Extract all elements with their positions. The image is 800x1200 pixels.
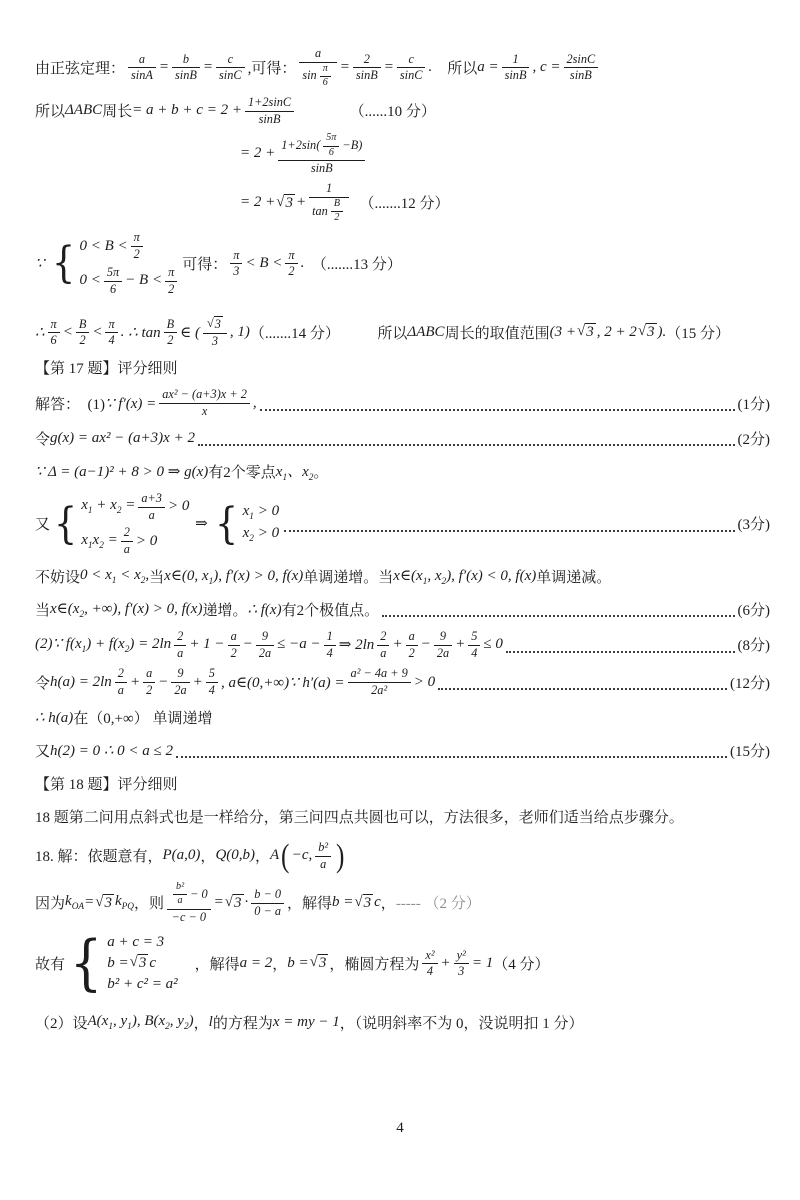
math-run: , bbox=[253, 395, 257, 412]
math-run: 2 bbox=[364, 52, 370, 67]
dot-leader bbox=[506, 649, 735, 653]
fraction: π2 bbox=[285, 248, 297, 280]
page-number: 4 bbox=[0, 1120, 800, 1137]
text-run: 又 bbox=[35, 513, 50, 534]
math-run: 4 bbox=[327, 646, 333, 661]
text-run: （4 分） bbox=[493, 953, 549, 974]
q18-header: 【第 18 题】评分细则 bbox=[35, 770, 770, 797]
math-run: sinB bbox=[259, 112, 281, 127]
math-run: a bbox=[315, 46, 321, 61]
text-run: 所以 bbox=[35, 100, 65, 121]
math-run: ≤ 0 bbox=[483, 636, 502, 653]
fraction-numerator: 1 bbox=[502, 52, 530, 69]
sqrt: √3 bbox=[225, 894, 244, 912]
fraction-denominator: 2a² bbox=[348, 683, 411, 698]
fraction: π2 bbox=[131, 230, 143, 262]
fraction-numerator: π bbox=[320, 63, 331, 77]
math-run: −c − 0 bbox=[172, 910, 206, 925]
math-run: − B < bbox=[125, 272, 162, 289]
math-run: + bbox=[392, 636, 402, 653]
fraction-numerator: 1 bbox=[309, 181, 349, 198]
fraction: π3 bbox=[230, 248, 242, 280]
fraction-numerator: B bbox=[164, 317, 178, 334]
fraction-denominator: 0 − a bbox=[251, 904, 284, 919]
fraction: a2 bbox=[143, 666, 155, 698]
math-run: x bbox=[202, 404, 207, 419]
math-run: 3 bbox=[586, 324, 594, 341]
math-run: 3 bbox=[233, 264, 239, 279]
fraction-numerator: y² bbox=[454, 948, 469, 965]
math-run: 9 bbox=[440, 629, 446, 644]
fraction: π6 bbox=[320, 63, 331, 89]
math-run: Q(0,b) bbox=[215, 847, 255, 864]
math-run: x1 > 0 bbox=[243, 503, 279, 522]
fraction-denominator: x bbox=[159, 404, 250, 419]
text-run: 解答： (1) bbox=[35, 393, 105, 414]
text-run: (8分) bbox=[738, 634, 771, 655]
fraction-numerator: b² bbox=[173, 881, 187, 895]
cases-row: x1 > 0 bbox=[243, 503, 279, 522]
math-run: 2a² bbox=[371, 683, 387, 698]
cases-group: {a + c = 3b =√3cb² + c² = a² bbox=[67, 934, 178, 992]
fraction-numerator: 1 bbox=[324, 629, 336, 646]
fraction-denominator: sinB bbox=[564, 68, 599, 83]
math-run: 5π bbox=[326, 132, 336, 144]
sqrt: √3 bbox=[207, 316, 223, 331]
fraction: a2 bbox=[406, 629, 418, 661]
math-run: 2 bbox=[334, 212, 339, 224]
fraction-numerator: a bbox=[128, 52, 156, 69]
big-paren: ( bbox=[281, 843, 289, 868]
fraction-denominator: a bbox=[121, 542, 133, 557]
text-run: ，（说明斜率不为 0，没说明扣 1 分） bbox=[340, 1012, 584, 1033]
fraction: b²a bbox=[315, 840, 331, 872]
fraction: 5π6 bbox=[323, 132, 339, 158]
cases-row: x1x2 =2a> 0 bbox=[81, 525, 157, 557]
math-run: 6 bbox=[110, 282, 116, 297]
math-run: = 2 + bbox=[240, 145, 275, 162]
fraction-denominator: 6 bbox=[323, 147, 339, 159]
math-run: 2 bbox=[177, 629, 183, 644]
math-run: = 2 + bbox=[240, 194, 275, 211]
fraction-denominator: sinB bbox=[172, 68, 200, 83]
fraction-denominator: 2 bbox=[285, 264, 297, 279]
text-run: 有2个极值点。 bbox=[282, 599, 380, 620]
math-run: P(a,0) bbox=[163, 847, 201, 864]
math-run: a + c = 3 bbox=[107, 934, 164, 951]
fraction-numerator: 2sinC bbox=[564, 52, 599, 69]
fraction-numerator: ax² − (a+3)x + 2 bbox=[159, 387, 250, 404]
sqrt: √3 bbox=[95, 894, 114, 912]
math-run: b² bbox=[318, 840, 328, 855]
text-run: 单调递增。当 bbox=[303, 566, 393, 587]
q17-conclusion-15pts: 又h(2) = 0 ∴ 0 < a ≤ 2(15分) bbox=[35, 737, 770, 764]
math-run: 3 bbox=[319, 955, 327, 972]
math-run: a bbox=[124, 542, 130, 557]
math-run: 6 bbox=[323, 77, 328, 89]
cases-group: {0 < B <π20 <5π6− B <π2 bbox=[50, 230, 180, 296]
fraction-denominator: −c − 0 bbox=[167, 910, 211, 925]
fraction-denominator: 2 bbox=[331, 212, 343, 224]
math-run: ∵ Δ = (a−1)² + 8 > 0 ⇒ g(x) bbox=[35, 462, 208, 481]
radicand: 3 bbox=[214, 316, 223, 331]
fraction-denominator: 2a bbox=[256, 646, 274, 661]
math-run: x1 + x2 = bbox=[81, 497, 135, 516]
math-run: 1 bbox=[512, 52, 518, 67]
fraction-denominator: sinB bbox=[278, 161, 365, 176]
math-run: π bbox=[233, 248, 239, 263]
fraction-denominator: a bbox=[173, 895, 187, 907]
q17-monotonic-1: 不妨设0 < x1 < x2,当x∈(0, x1), f′(x) > 0, f(… bbox=[35, 563, 770, 590]
math-run: = 1 bbox=[472, 955, 493, 972]
math-run: (3 + bbox=[550, 324, 576, 341]
math-run: , 1) bbox=[230, 324, 250, 341]
q18-part2-line: （2）设A(x1, y1), B(x2, y2)，l的方程为x = my − 1… bbox=[35, 1009, 770, 1036]
fraction: 2a bbox=[377, 629, 389, 661]
fraction-numerator: a² − 4a + 9 bbox=[348, 666, 411, 683]
math-run: 2 bbox=[146, 683, 152, 698]
text-run: 当 bbox=[35, 599, 50, 620]
math-run: x2 > 0 bbox=[243, 525, 279, 544]
math-run: x∈(x1, x2), f′(x) < 0, f(x) bbox=[393, 566, 536, 587]
math-run: −c, bbox=[292, 847, 313, 864]
math-run: + bbox=[455, 636, 465, 653]
math-run: 2 bbox=[380, 629, 386, 644]
math-run: a bbox=[177, 646, 183, 661]
text-run: 因为 bbox=[35, 892, 65, 913]
fraction-numerator: x² bbox=[422, 948, 437, 965]
cases-group: {x1 + x2 =a+3a> 0x1x2 =2a> 0 bbox=[52, 491, 189, 557]
math-run: ∴ bbox=[35, 323, 45, 342]
math-run: x∈(x2, +∞), f′(x) > 0, f(x) bbox=[50, 599, 202, 620]
fraction: csinC bbox=[397, 52, 426, 84]
fraction: √33 bbox=[203, 316, 227, 348]
text-run: （.......14 分） 所以 bbox=[250, 322, 408, 343]
range-conclusion-14-15pts: ∴π6<B2<π4. ∴ tanB2∈ (√33, 1)（.......14 分… bbox=[35, 316, 770, 348]
fraction-denominator: 4 bbox=[422, 964, 437, 979]
math-run: a bbox=[380, 646, 386, 661]
fraction-numerator: 9 bbox=[171, 666, 189, 683]
fraction: 2sinB bbox=[353, 52, 381, 84]
sqrt: √3 bbox=[577, 323, 596, 341]
math-run: 2 bbox=[288, 264, 294, 279]
math-run: ax² − (a+3)x + 2 bbox=[162, 387, 247, 402]
math-run: c bbox=[228, 52, 233, 67]
fraction-denominator: sinC bbox=[216, 68, 245, 83]
fraction-numerator: a bbox=[299, 46, 336, 63]
math-solution-document: 由正弦定理：asinA=bsinB=csinC,可得：asinπ6=2sinB=… bbox=[0, 0, 800, 1036]
dot-leader bbox=[284, 528, 734, 532]
fraction-numerator: π bbox=[105, 317, 117, 334]
math-run: b = bbox=[287, 955, 308, 972]
big-paren: ) bbox=[336, 843, 344, 868]
radical-sign: √ bbox=[638, 324, 646, 339]
math-run: ∴ h(a) bbox=[35, 708, 73, 727]
fraction-numerator: b − 0 bbox=[251, 887, 284, 904]
math-run: a bbox=[231, 629, 237, 644]
math-run: x1x2 = bbox=[81, 532, 118, 551]
math-run: 3 bbox=[215, 317, 221, 331]
text-run: (6分) bbox=[738, 599, 771, 620]
math-run: ). bbox=[658, 324, 667, 341]
cases-row: a + c = 3 bbox=[107, 934, 164, 951]
math-run: + bbox=[296, 194, 306, 211]
math-sub: kPQ bbox=[115, 893, 134, 912]
math-run: 1 bbox=[327, 629, 333, 644]
sqrt: √3 bbox=[130, 954, 149, 972]
math-run: = bbox=[214, 894, 224, 911]
math-run: + bbox=[441, 955, 451, 972]
math-run: π bbox=[51, 317, 57, 332]
sine-rule-derivation: 由正弦定理：asinA=bsinB=csinC,可得：asinπ6=2sinB=… bbox=[35, 46, 770, 89]
q17-monotonic-2-6pts: 当x∈(x2, +∞), f′(x) > 0, f(x)递增。∴ f(x)有2个… bbox=[35, 596, 770, 623]
math-run: − bbox=[158, 674, 168, 691]
left-brace: { bbox=[215, 506, 238, 542]
q17-header: 【第 17 题】评分细则 bbox=[35, 354, 770, 381]
text-run: 的方程为 bbox=[213, 1012, 273, 1033]
math-run: c bbox=[149, 955, 156, 972]
fraction-denominator: 2 bbox=[228, 646, 240, 661]
math-run: A bbox=[270, 847, 279, 864]
fraction-denominator: 2 bbox=[76, 333, 90, 348]
fraction: csinC bbox=[216, 52, 245, 84]
fraction: a² − 4a + 92a² bbox=[348, 666, 411, 698]
math-run: 3 bbox=[104, 895, 112, 912]
fraction-denominator: sinC bbox=[397, 68, 426, 83]
fraction-numerator: a bbox=[406, 629, 418, 646]
fraction: π6 bbox=[48, 317, 60, 349]
math-run: 4 bbox=[108, 333, 114, 348]
math-run: x∈(0, x1), f′(x) > 0, f(x) bbox=[164, 566, 303, 587]
math-run: a+3 bbox=[141, 491, 162, 506]
math-run: y² bbox=[457, 948, 466, 963]
text-run: 令 bbox=[35, 672, 50, 693]
radical-sign: √ bbox=[577, 324, 585, 339]
math-sub: kOA bbox=[65, 893, 84, 912]
math-run: 3 bbox=[458, 964, 464, 979]
fraction: b²a bbox=[173, 881, 187, 907]
math-run: b² bbox=[176, 881, 184, 893]
text-run: ， bbox=[381, 892, 396, 913]
text-run: ，解得 bbox=[180, 953, 240, 974]
cases-row: 0 < B <π2 bbox=[80, 230, 146, 262]
math-run: + bbox=[193, 674, 203, 691]
text-run: ， bbox=[200, 845, 215, 866]
text-run: ,可得： bbox=[248, 57, 297, 78]
fraction: 14 bbox=[324, 629, 336, 661]
math-run: b − 0 bbox=[254, 887, 281, 902]
math-run: 2 bbox=[168, 282, 174, 297]
math-run: , c = bbox=[532, 59, 560, 76]
fraction-numerator: π bbox=[230, 248, 242, 265]
text-run: (1分) bbox=[738, 393, 771, 414]
fraction-denominator: 3 bbox=[230, 264, 242, 279]
sqrt: √3 bbox=[276, 194, 295, 212]
text-run: (15分) bbox=[730, 740, 770, 761]
fraction-denominator: 6 bbox=[320, 77, 331, 89]
fraction-numerator: 5 bbox=[206, 666, 218, 683]
math-run: 2a bbox=[174, 683, 186, 698]
math-run: a bbox=[178, 895, 183, 907]
cases-group: {x1 > 0x2 > 0 bbox=[213, 503, 279, 544]
fraction-numerator: a bbox=[228, 629, 240, 646]
math-run: ΔABC bbox=[65, 102, 102, 119]
math-run: 5 bbox=[471, 629, 477, 644]
math-run: 2 bbox=[124, 525, 130, 540]
math-run: x = my − 1 bbox=[273, 1014, 340, 1031]
fraction-denominator: a bbox=[138, 508, 165, 523]
fraction: 2a bbox=[174, 629, 186, 661]
text-run: （.......13 分） bbox=[304, 253, 402, 274]
math-run: ∴ f(x) bbox=[247, 600, 281, 619]
radicand: 3 bbox=[585, 323, 596, 341]
cases-rows: a + c = 3b =√3cb² + c² = a² bbox=[107, 934, 177, 992]
math-run: 9 bbox=[177, 666, 183, 681]
text-run: 在（0,+∞） 单调递增 bbox=[73, 707, 212, 728]
fraction-numerator: π bbox=[165, 265, 177, 282]
math-run: 3 bbox=[285, 195, 293, 212]
text-run: (2分) bbox=[738, 428, 771, 449]
math-run: 2a bbox=[259, 646, 271, 661]
math-run: a bbox=[139, 52, 145, 67]
math-run: > 0 bbox=[414, 674, 435, 691]
math-run: ⇒ 2ln bbox=[339, 635, 375, 654]
math-run: π bbox=[168, 265, 174, 280]
math-run: b = bbox=[332, 894, 353, 911]
math-run: tan bbox=[312, 204, 328, 219]
math-run: = bbox=[84, 894, 94, 911]
math-run: a = 2 bbox=[240, 955, 273, 972]
fraction-numerator: B bbox=[76, 317, 90, 334]
math-run: a bbox=[118, 683, 124, 698]
math-run: b² + c² = a² bbox=[107, 976, 177, 993]
fraction-denominator: sinB bbox=[353, 68, 381, 83]
math-run: 1+2sin( bbox=[281, 138, 320, 153]
math-run: h(2) = 0 ∴ 0 < a ≤ 2 bbox=[50, 741, 173, 760]
fraction: x²4 bbox=[422, 948, 437, 980]
math-run: sinB bbox=[356, 68, 378, 83]
fraction-numerator: c bbox=[397, 52, 426, 69]
math-run: − bbox=[243, 636, 253, 653]
sqrt: √3 bbox=[638, 323, 657, 341]
math-run: ≤ −a − bbox=[277, 636, 320, 653]
math-run: , 2 + 2 bbox=[597, 324, 637, 341]
fraction-denominator: 4 bbox=[468, 646, 480, 661]
math-run: = a + b + c = 2 + bbox=[132, 102, 242, 119]
fraction-numerator: 5π bbox=[323, 132, 339, 146]
math-run: 2a bbox=[437, 646, 449, 661]
fraction-numerator: 2 bbox=[174, 629, 186, 646]
text-run: 【第 18 题】评分细则 bbox=[35, 773, 178, 794]
math-run: · bbox=[245, 894, 249, 911]
math-run: ∵ bbox=[35, 254, 48, 273]
fraction: 54 bbox=[468, 629, 480, 661]
radical-sign: √ bbox=[207, 317, 214, 329]
fraction-numerator: 2 bbox=[353, 52, 381, 69]
math-run: ⇒ bbox=[191, 514, 211, 533]
dot-leader bbox=[176, 754, 727, 758]
q17-ha-monotonic: ∴ h(a)在（0,+∞） 单调递增 bbox=[35, 704, 770, 731]
math-run: 4 bbox=[209, 683, 215, 698]
text-run: 。 bbox=[313, 461, 328, 482]
math-run: 3 bbox=[647, 324, 655, 341]
math-run: 0 − a bbox=[254, 904, 281, 919]
math-run: 0 < x1 < x2, bbox=[80, 567, 149, 586]
math-run: = bbox=[340, 59, 350, 76]
fraction: y²3 bbox=[454, 948, 469, 980]
math-run: (2)∵ f(x1) + f(x2) = 2ln bbox=[35, 634, 171, 655]
fraction: asinπ6 bbox=[299, 46, 336, 89]
text-run: 不妨设 bbox=[35, 566, 80, 587]
fraction-numerator: 5π bbox=[104, 265, 122, 282]
math-run: a² − 4a + 9 bbox=[351, 666, 408, 681]
text-run: 【第 17 题】评分细则 bbox=[35, 357, 178, 378]
math-run: 2 bbox=[167, 333, 173, 348]
radical-sign: √ bbox=[130, 955, 138, 970]
math-run: − bbox=[421, 636, 431, 653]
fraction-denominator: 3 bbox=[203, 334, 227, 349]
text-run: 递增。 bbox=[202, 599, 247, 620]
math-run: 0 < bbox=[80, 272, 101, 289]
fraction-numerator: 1+2sinC bbox=[245, 95, 294, 112]
math-run: 4 bbox=[471, 646, 477, 661]
math-run: 3 bbox=[234, 895, 242, 912]
fraction: B2 bbox=[76, 317, 90, 349]
text-run: （2）设 bbox=[35, 1012, 88, 1033]
text-run: 又 bbox=[35, 740, 50, 761]
fraction: π2 bbox=[165, 265, 177, 297]
math-run: sinB bbox=[311, 161, 333, 176]
text-run: 18 题第二问用点斜式也是一样给分，第三问四点共圆也可以，方法很多，老师们适当给… bbox=[35, 806, 684, 827]
fraction-denominator: 2 bbox=[143, 683, 155, 698]
q17-gx-2pts: 令g(x) = ax² − (a+3)x + 2(2分) bbox=[35, 425, 770, 452]
math-run: π bbox=[108, 317, 114, 332]
fraction-denominator: a bbox=[377, 646, 389, 661]
fraction: B2 bbox=[164, 317, 178, 349]
fraction-denominator: sinA bbox=[128, 68, 156, 83]
fraction-numerator: b² bbox=[315, 840, 331, 857]
radicand: 3 bbox=[284, 194, 295, 212]
text-run: 周长的取值范围 bbox=[445, 322, 550, 343]
math-run: π bbox=[323, 63, 328, 75]
fraction: 5π6 bbox=[104, 265, 122, 297]
math-run: 2sinC bbox=[567, 52, 596, 67]
dot-leader bbox=[438, 686, 727, 690]
math-run: 4 bbox=[427, 964, 433, 979]
radicand: 3 bbox=[318, 954, 329, 972]
text-run: （......10 分） bbox=[297, 100, 436, 121]
math-run: 3 bbox=[364, 895, 372, 912]
q18-points: 18. 解：依题意有，P(a,0)，Q(0,b)，A(−c,b²a) bbox=[35, 840, 770, 872]
fraction-numerator: 2 bbox=[115, 666, 127, 683]
math-run: 3 bbox=[212, 334, 218, 349]
radicand: 3 bbox=[138, 954, 149, 972]
fraction-numerator: 9 bbox=[434, 629, 452, 646]
cases-row: b² + c² = a² bbox=[107, 976, 177, 993]
math-run: π bbox=[134, 230, 140, 245]
math-run: + 1 − bbox=[189, 636, 224, 653]
fraction: 92a bbox=[434, 629, 452, 661]
fraction-numerator: π bbox=[48, 317, 60, 334]
fraction: 1tanB2 bbox=[309, 181, 349, 224]
fraction-denominator: 4 bbox=[324, 646, 336, 661]
math-run: B bbox=[167, 317, 175, 332]
fraction-numerator: π bbox=[285, 248, 297, 265]
math-run: − 0 bbox=[190, 887, 208, 902]
math-run: ΔABC bbox=[407, 324, 444, 341]
fraction-denominator: 4 bbox=[105, 333, 117, 348]
q17-discriminant: ∵ Δ = (a−1)² + 8 > 0 ⇒ g(x)有2个零点x1、x2。 bbox=[35, 458, 770, 485]
